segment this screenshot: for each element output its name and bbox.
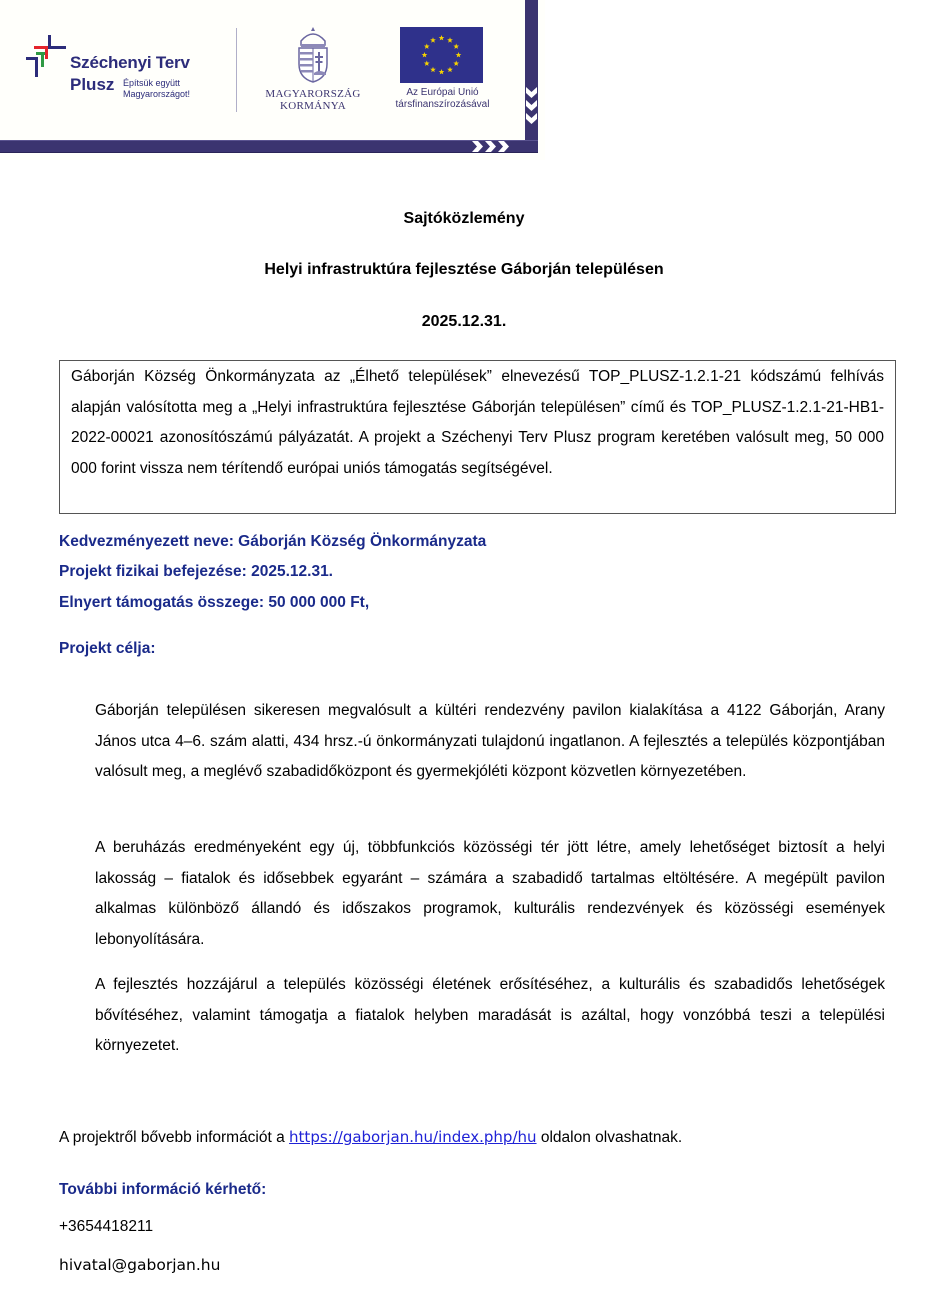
header-vertical-bar [525, 0, 538, 153]
goal-paragraph-2: A beruházás eredményeként egy új, többfu… [95, 833, 885, 955]
more-info-line: A projektről bővebb információt a https:… [59, 1128, 682, 1147]
summary-box: Gáborján Község Önkormányzata az „Élhető… [59, 360, 896, 514]
chevrons-down-icon [526, 85, 537, 125]
document-title: Helyi infrastruktúra fejlesztése Gáborjá… [0, 261, 928, 279]
document-heading: Sajtóközlemény [0, 210, 928, 228]
government-name: Magyarország Kormánya [258, 88, 368, 112]
goal-paragraph-3: A fejlesztés hozzájárul a település közö… [95, 970, 885, 1062]
szechenyi-terv-plusz-logo: Széchenyi Terv Plusz Építsük együtt Magy… [26, 33, 216, 113]
completion-line: Projekt fizikai befejezése: 2025.12.31. [59, 563, 333, 581]
eu-cofinancing-text: Az Európai Unió társfinanszírozásával [380, 87, 505, 111]
document-date: 2025.12.31. [0, 313, 928, 331]
szechenyi-cross-icon [26, 35, 70, 81]
project-website-link[interactable]: https://gaborjan.hu/index.php/hu [289, 1128, 536, 1146]
logo-divider [236, 28, 237, 112]
header-horizontal-bar [0, 140, 538, 153]
contact-phone: +3654418211 [59, 1218, 153, 1236]
coat-of-arms-icon [293, 25, 333, 85]
contact-email[interactable]: hivatal@gaborjan.hu [59, 1256, 220, 1274]
szechenyi-tagline: Építsük együtt Magyarországot! [123, 78, 190, 100]
chevrons-right-icon [470, 141, 510, 152]
contact-label: További információ kérhető: [59, 1181, 266, 1199]
project-goal-label: Projekt célja: [59, 640, 156, 658]
goal-paragraph-1: Gáborján településen sikeresen megvalósu… [95, 696, 885, 788]
szechenyi-plusz: Plusz [70, 75, 114, 95]
grant-line: Elnyert támogatás összege: 50 000 000 Ft… [59, 594, 369, 612]
eu-flag-icon [400, 27, 483, 83]
hungarian-government-logo: Magyarország Kormánya [258, 25, 368, 120]
eu-cofinancing-logo: Az Európai Unió társfinanszírozásával [380, 27, 505, 122]
szechenyi-title: Széchenyi Terv [70, 53, 190, 73]
beneficiary-line: Kedvezményezett neve: Gáborján Község Ön… [59, 533, 486, 551]
header-banner: Széchenyi Terv Plusz Építsük együtt Magy… [0, 0, 545, 160]
